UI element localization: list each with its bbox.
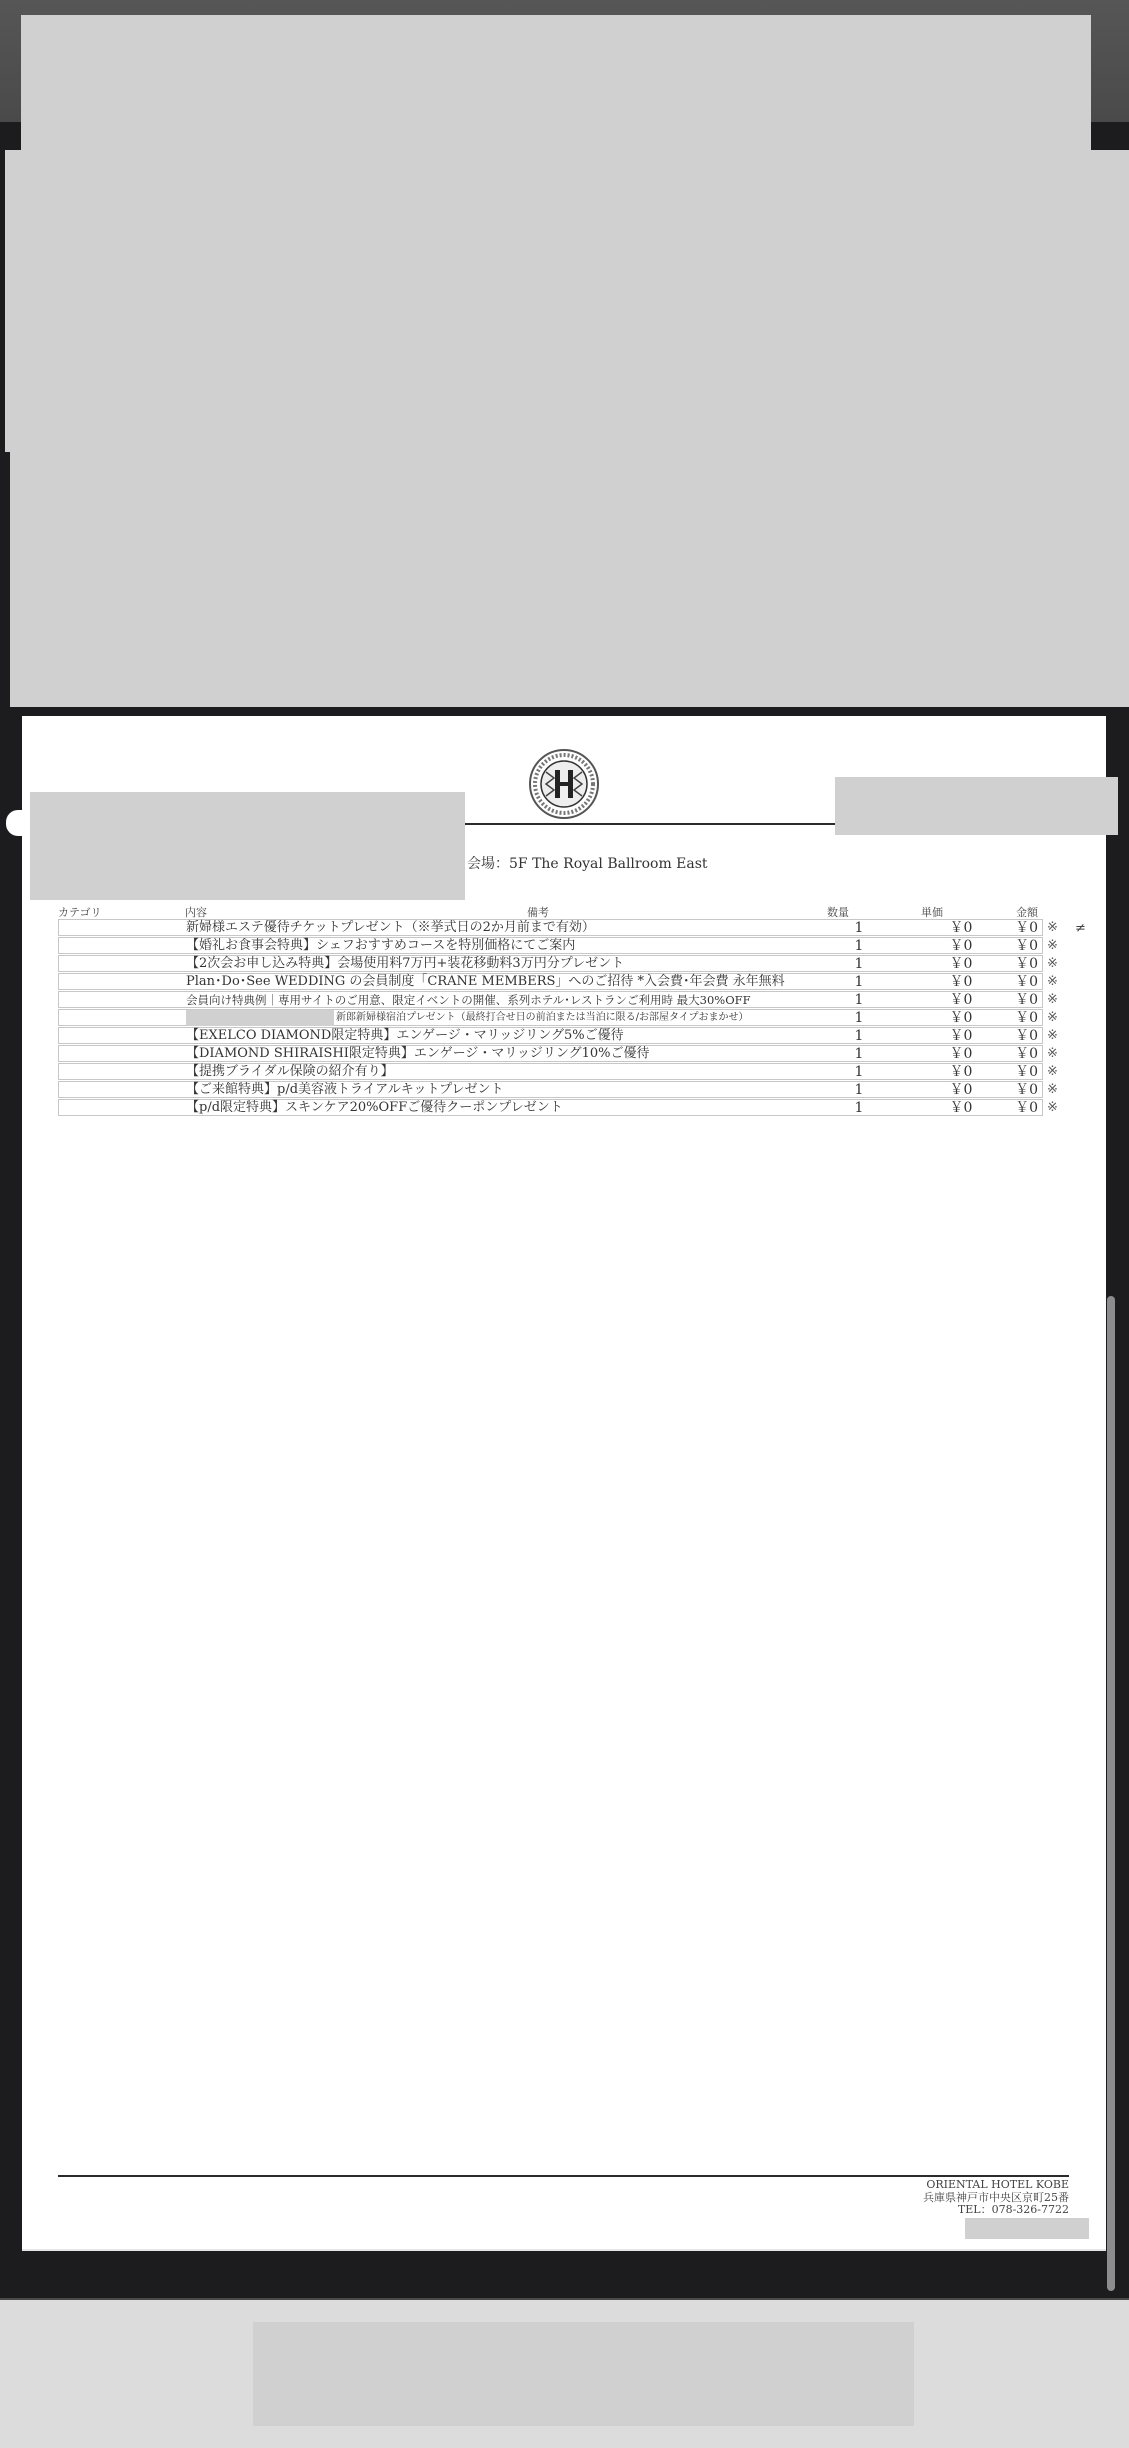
row-amount: ￥0 (1015, 1046, 1038, 1062)
row-content: 【ご来館特典】p/d美容液トライアルキットプレゼント (186, 1082, 504, 1098)
row-amount: ￥0 (1015, 920, 1038, 936)
row-amount: ￥0 (1015, 956, 1038, 972)
row-quantity: 1 (849, 1082, 869, 1098)
table-row: 【DIAMOND SHIRAISHI限定特典】エンゲージ・マリッジリング10%ご… (58, 1045, 1043, 1062)
row-content: 【2次会お申し込み特典】会場使用料7万円+装花移動料3万円分プレゼント (186, 956, 624, 972)
hotel-tel: TEL：078-326-7722 (923, 2204, 1069, 2217)
row-mark: ※ (1047, 1010, 1058, 1026)
redacted-region (30, 792, 465, 900)
benefits-table: 新婦様エステ優待チケットプレゼント（※挙式日の2か月前まで有効）1￥0￥0※【婚… (58, 919, 1043, 1116)
row-unit-price: ￥0 (921, 1082, 1001, 1098)
redacted-region (21, 15, 1091, 150)
table-row: 【EXELCO DIAMOND限定特典】エンゲージ・マリッジリング5%ご優待1￥… (58, 1027, 1043, 1044)
row-amount: ￥0 (1015, 1082, 1038, 1098)
row-amount: ￥0 (1015, 1010, 1038, 1026)
column-header-unit-price: 単価 (921, 904, 943, 920)
hotel-crest-logo-icon (528, 748, 600, 820)
scrollbar-thumb[interactable] (1107, 1296, 1115, 2291)
row-content: 【p/d限定特典】スキンケア20%OFFご優待クーポンプレゼント (186, 1100, 563, 1116)
column-header-quantity: 数量 (827, 904, 849, 920)
row-quantity: 1 (849, 956, 869, 972)
row-unit-price: ￥0 (921, 956, 1001, 972)
table-row: 【2次会お申し込み特典】会場使用料7万円+装花移動料3万円分プレゼント1￥0￥0… (58, 955, 1043, 972)
row-unit-price: ￥0 (921, 992, 1001, 1008)
row-quantity: 1 (849, 992, 869, 1008)
table-row: 【ご来館特典】p/d美容液トライアルキットプレゼント1￥0￥0※ (58, 1081, 1043, 1098)
vertical-scrollbar[interactable] (1107, 1296, 1115, 2291)
venue-label: 会場：5F The Royal Ballroom East (467, 853, 708, 873)
row-unit-price: ￥0 (921, 920, 1001, 936)
row-content: 新郎新婦様宿泊プレゼント（最終打合せ日の前泊または当泊に限る/お部屋タイプおまか… (336, 1010, 748, 1026)
row-mark: ※ (1047, 1100, 1058, 1116)
row-amount: ￥0 (1015, 1064, 1038, 1080)
row-unit-price: ￥0 (921, 974, 1001, 990)
row-content: 【DIAMOND SHIRAISHI限定特典】エンゲージ・マリッジリング10%ご… (186, 1046, 650, 1062)
table-row: Plan･Do･See WEDDING の会員制度「CRANE MEMBERS」… (58, 973, 1043, 990)
redacted-region (186, 1010, 334, 1026)
extra-mark: ≠ (1075, 921, 1086, 936)
row-quantity: 1 (849, 920, 869, 936)
row-content: 【提携ブライダル保険の紹介有り】 (186, 1064, 394, 1080)
row-content: 【婚礼お食事会特典】シェフおすすめコースを特別価格にてご案内 (186, 938, 575, 954)
redacted-region (835, 777, 1118, 835)
row-amount: ￥0 (1015, 1028, 1038, 1044)
table-row: 【提携ブライダル保険の紹介有り】1￥0￥0※ (58, 1063, 1043, 1080)
row-quantity: 1 (849, 1010, 869, 1026)
hotel-name: ORIENTAL HOTEL KOBE (923, 2179, 1069, 2192)
table-row: 新郎新婦様宿泊プレゼント（最終打合せ日の前泊または当泊に限る/お部屋タイプおまか… (58, 1009, 1043, 1026)
row-mark: ※ (1047, 938, 1058, 954)
row-amount: ￥0 (1015, 992, 1038, 1008)
page-edge-handle (6, 810, 26, 836)
row-unit-price: ￥0 (921, 938, 1001, 954)
row-mark: ※ (1047, 1028, 1058, 1044)
row-amount: ￥0 (1015, 1100, 1038, 1116)
redacted-region (965, 2218, 1089, 2239)
footer-divider (58, 2175, 1069, 2177)
header-divider (465, 823, 845, 825)
column-header-category: カテゴリ (58, 904, 102, 920)
row-mark: ※ (1047, 1046, 1058, 1062)
row-quantity: 1 (849, 974, 869, 990)
row-mark: ※ (1047, 956, 1058, 972)
row-content: 会員向け特典例｜専用サイトのご用意、限定イベントの開催、系列ホテル･レストランご… (186, 992, 751, 1008)
row-quantity: 1 (849, 938, 869, 954)
row-unit-price: ￥0 (921, 1064, 1001, 1080)
hotel-footer: ORIENTAL HOTEL KOBE 兵庫県神戸市中央区京町25番 TEL：0… (923, 2179, 1069, 2217)
row-quantity: 1 (849, 1100, 869, 1116)
column-header-amount: 金額 (1016, 904, 1038, 920)
row-quantity: 1 (849, 1064, 869, 1080)
row-mark: ※ (1047, 1082, 1058, 1098)
row-content: 【EXELCO DIAMOND限定特典】エンゲージ・マリッジリング5%ご優待 (186, 1028, 624, 1044)
row-unit-price: ￥0 (921, 1100, 1001, 1116)
row-amount: ￥0 (1015, 974, 1038, 990)
table-row: 新婦様エステ優待チケットプレゼント（※挙式日の2か月前まで有効）1￥0￥0※ (58, 919, 1043, 936)
table-row: 会員向け特典例｜専用サイトのご用意、限定イベントの開催、系列ホテル･レストランご… (58, 991, 1043, 1008)
table-row: 【p/d限定特典】スキンケア20%OFFご優待クーポンプレゼント1￥0￥0※ (58, 1099, 1043, 1116)
row-quantity: 1 (849, 1028, 869, 1044)
row-content: 新婦様エステ優待チケットプレゼント（※挙式日の2か月前まで有効） (186, 920, 595, 936)
redacted-region (5, 150, 1129, 452)
row-quantity: 1 (849, 1046, 869, 1062)
column-header-note: 備考 (527, 904, 549, 920)
row-mark: ※ (1047, 992, 1058, 1008)
column-header-content: 内容 (185, 904, 207, 920)
redacted-region (10, 452, 1129, 707)
row-mark: ※ (1047, 920, 1058, 936)
row-unit-price: ￥0 (921, 1028, 1001, 1044)
row-unit-price: ￥0 (921, 1010, 1001, 1026)
redacted-region (253, 2322, 914, 2426)
row-mark: ※ (1047, 1064, 1058, 1080)
row-amount: ￥0 (1015, 938, 1038, 954)
table-row: 【婚礼お食事会特典】シェフおすすめコースを特別価格にてご案内1￥0￥0※ (58, 937, 1043, 954)
row-content: Plan･Do･See WEDDING の会員制度「CRANE MEMBERS」… (186, 974, 785, 990)
row-unit-price: ￥0 (921, 1046, 1001, 1062)
row-mark: ※ (1047, 974, 1058, 990)
